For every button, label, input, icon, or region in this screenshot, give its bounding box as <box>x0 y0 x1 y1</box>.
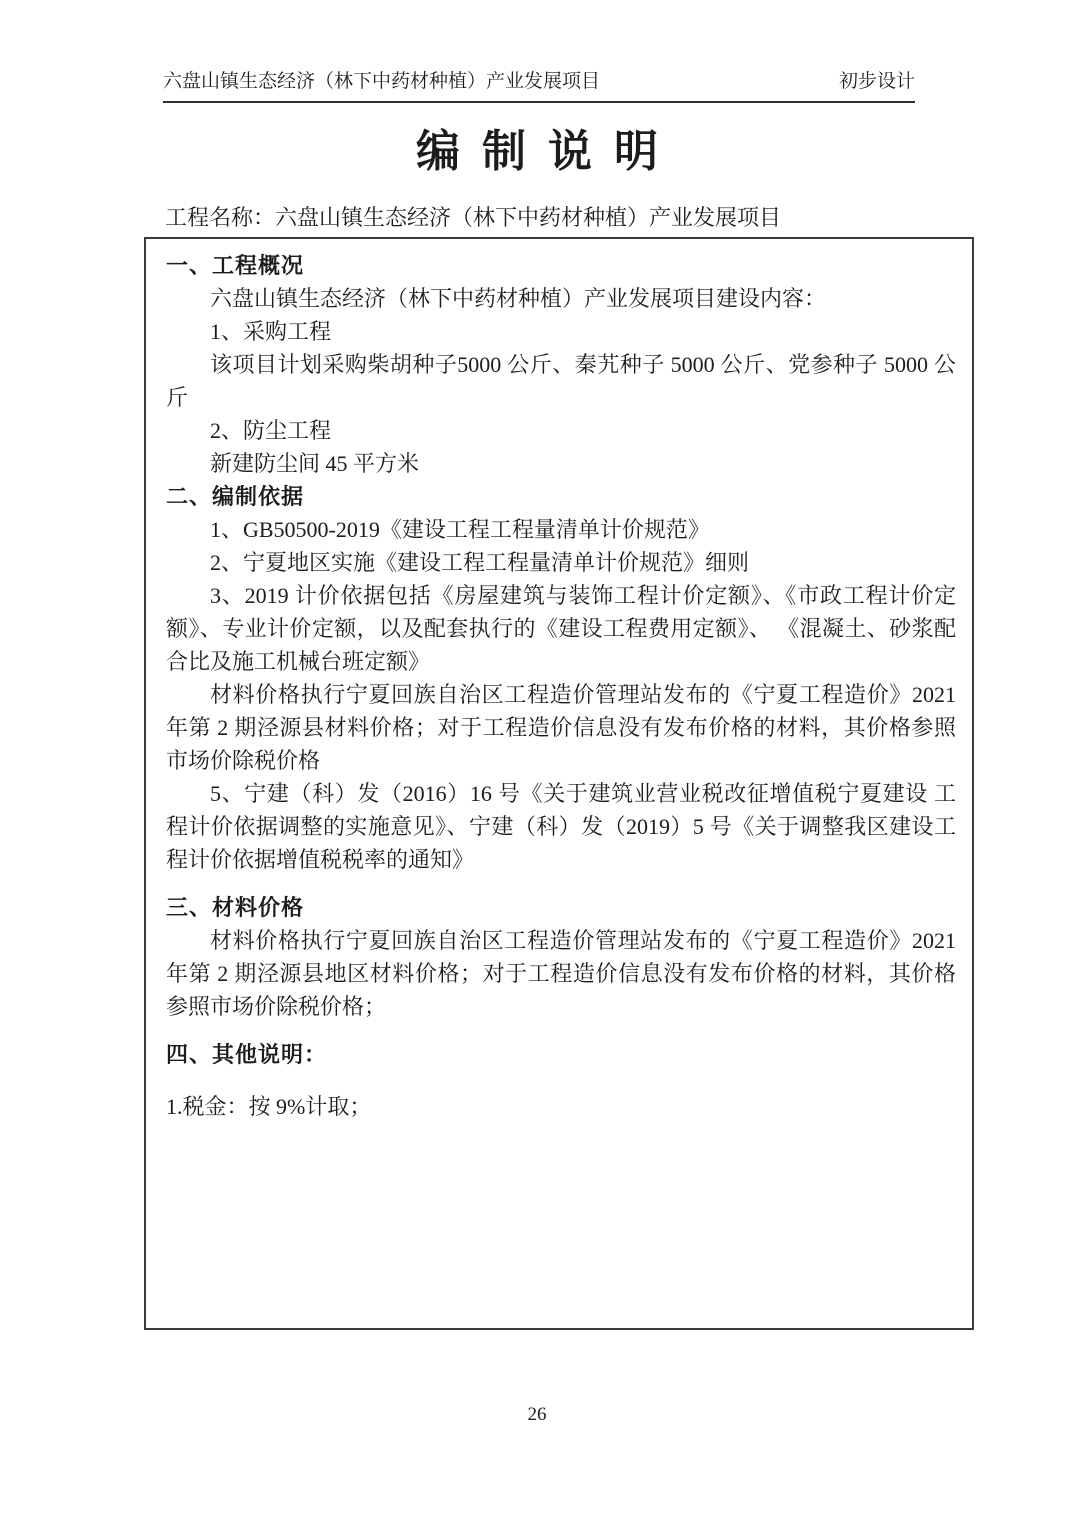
paragraph: 六盘山镇生态经济（林下中药材种植）产业发展项目建设内容： <box>166 282 956 315</box>
section-heading: 四、其他说明： <box>166 1038 956 1071</box>
page-number: 26 <box>0 1404 1074 1426</box>
paragraph: 2、防尘工程 <box>166 414 956 447</box>
paragraph: 1、采购工程 <box>166 315 956 348</box>
paragraph: 该项目计划采购柴胡种子5000 公斤、秦艽种子 5000 公斤、党参种子 500… <box>166 348 956 414</box>
section-heading: 一、工程概况 <box>166 249 956 282</box>
paragraph: 新建防尘间 45 平方米 <box>166 447 956 480</box>
section-heading: 二、编制依据 <box>166 480 956 513</box>
section-heading: 三、材料价格 <box>166 891 956 924</box>
header-project-title: 六盘山镇生态经济（林下中药材种植）产业发展项目 <box>163 70 600 94</box>
paragraph: 3、2019 计价依据包括《房屋建筑与装饰工程计价定额》、《市政工程计价定额》、… <box>166 579 956 678</box>
paragraph: 材料价格执行宁夏回族自治区工程造价管理站发布的《宁夏工程造价》2021 年第 2… <box>166 678 956 777</box>
paragraph: 1.税金：按 9%计取； <box>166 1090 956 1123</box>
paragraph: 1、GB50500-2019《建设工程工程量清单计价规范》 <box>166 513 956 546</box>
page-header: 六盘山镇生态经济（林下中药材种植）产业发展项目 初步设计 <box>163 70 915 103</box>
paragraph: 材料价格执行宁夏回族自治区工程造价管理站发布的《宁夏工程造价》2021 年第 2… <box>166 924 956 1023</box>
paragraph: 2、宁夏地区实施《建设工程工程量清单计价规范》细则 <box>166 546 956 579</box>
document-title: 编制说明 <box>0 123 1074 181</box>
content-box: 一、工程概况六盘山镇生态经济（林下中药材种植）产业发展项目建设内容：1、采购工程… <box>144 237 974 1330</box>
header-doc-stage: 初步设计 <box>839 70 915 94</box>
paragraph: 5、宁建（科）发（2016）16 号《关于建筑业营业税改征增值税宁夏建设 工程计… <box>166 777 956 876</box>
project-name-line: 工程名称：六盘山镇生态经济（林下中药材种植）产业发展项目 <box>165 202 781 234</box>
